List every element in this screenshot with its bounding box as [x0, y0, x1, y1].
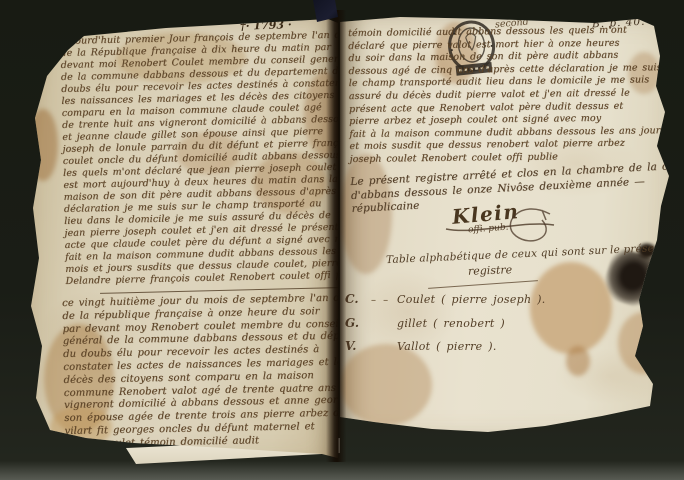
index-name: gillet ( renobert ) — [397, 317, 505, 330]
index-leader: – – — [371, 295, 397, 306]
index-name: Coulet ( pierre joseph ). — [397, 293, 546, 306]
register-page-left: †· 1793 · aujourd'huit premier Jour fran… — [26, 14, 338, 470]
alphabetical-table-subheading: registre — [468, 263, 513, 278]
alphabetical-table: C. – – Coulet ( pierre joseph ). G. gill… — [345, 292, 546, 363]
table-entry-row: V. Vallot ( pierre ). — [345, 339, 546, 363]
death-act-entry-1: aujourd'huit premier Jour françois de se… — [60, 29, 379, 288]
table-entry-row: G. gillet ( renobert ) — [345, 316, 546, 340]
index-letter: C. — [345, 292, 371, 306]
index-name: Vallot ( pierre ). — [397, 340, 497, 353]
paper-stain — [618, 312, 670, 374]
paper-stain — [28, 109, 58, 181]
index-letter: V. — [345, 339, 371, 353]
death-act-entry-2: ce vingt huitième jour du mois de septem… — [62, 292, 389, 452]
table-heading-underline — [428, 280, 538, 289]
index-letter: G. — [345, 316, 371, 330]
binding-tab — [308, 0, 338, 22]
paper-stain — [566, 346, 590, 376]
table-entry-row: C. – – Coulet ( pierre joseph ). — [345, 292, 546, 316]
death-act-entry-continued: témoin domicilié audit abbans dessous le… — [348, 24, 683, 167]
register-page-right: second B. p. 40. témoin domicilié audit … — [340, 14, 678, 440]
archive-photo: †· 1793 · aujourd'huit premier Jour fran… — [0, 0, 684, 480]
